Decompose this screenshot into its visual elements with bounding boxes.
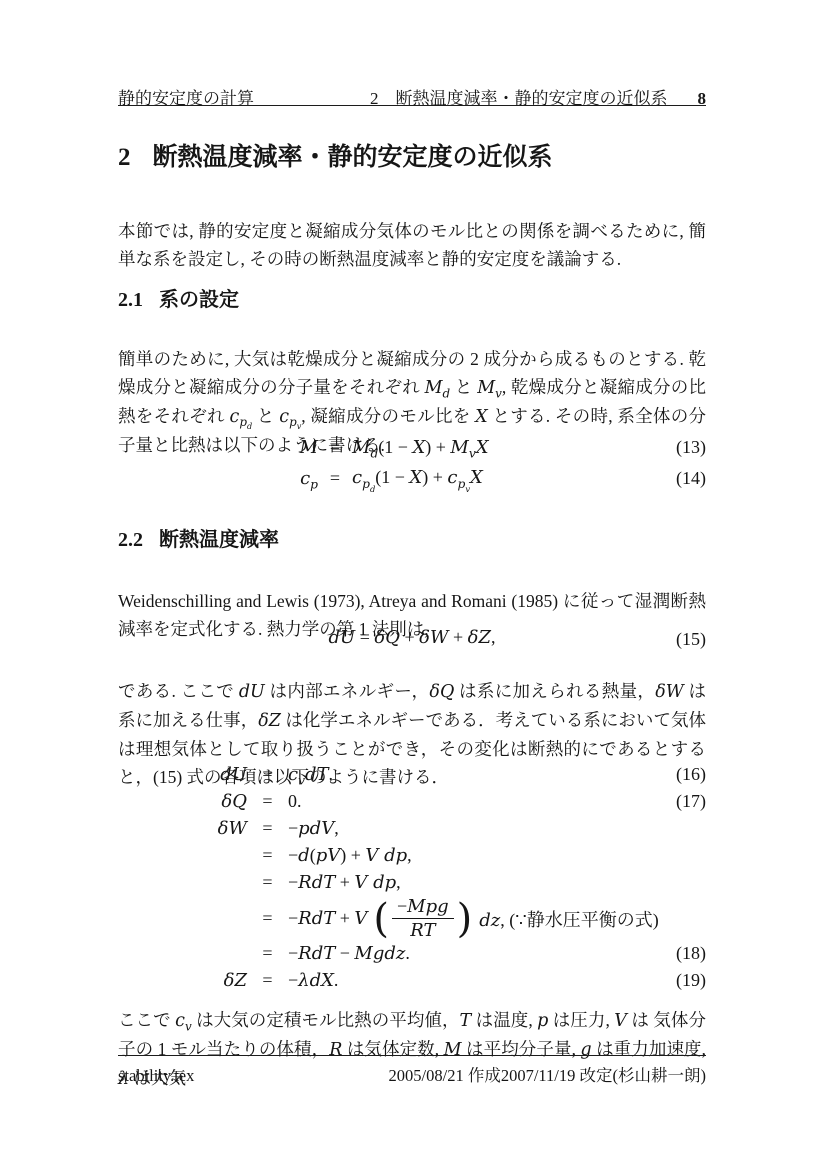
- equation-15: dU = δQ + δW + δZ, (15): [118, 627, 706, 657]
- header-page-number: 8: [698, 89, 707, 109]
- equals-sign: =: [247, 943, 288, 964]
- equation-rhs: −d(pV) + V dp,: [288, 845, 412, 866]
- equals-sign: =: [247, 872, 288, 893]
- equation-row-13: M = Md(1 − X) + MvX (13): [118, 432, 706, 463]
- equation-lhs: δQ: [118, 791, 247, 812]
- equals-sign: =: [247, 845, 288, 866]
- footer-rule: [118, 1055, 706, 1056]
- footer-filename: stability.tex: [118, 1066, 194, 1086]
- subsection-number: 2.1: [118, 289, 143, 311]
- equals-sign: =: [318, 437, 352, 458]
- equation-rhs: Md(1 − X) + MvX: [352, 437, 489, 458]
- equals-sign: =: [247, 818, 288, 839]
- equation-block-13-14: M = Md(1 − X) + MvX (13) cp = cpd(1 − X)…: [118, 432, 706, 494]
- subsection-title: 断熱温度減率: [159, 529, 279, 551]
- equation-row-18d: = −RdT + V ( −Mpg RT ) dz, (∵静水圧平衡の式): [118, 896, 706, 940]
- equation-rhs: 0.: [288, 791, 302, 812]
- equation-row-17: δQ = 0. (17): [118, 788, 706, 815]
- equals-sign: =: [247, 764, 288, 785]
- equation-rhs: −RdT + V dp,: [288, 872, 401, 893]
- subsection-number: 2.2: [118, 529, 143, 551]
- equation-lhs: dU: [118, 764, 247, 785]
- subsection-title: 系の設定: [159, 289, 239, 311]
- fraction: −Mpg RT: [392, 896, 454, 941]
- equation-number: (16): [333, 764, 706, 785]
- equation-number: (15): [676, 629, 706, 650]
- equation-number: (17): [302, 791, 707, 812]
- equation-row-18e: = −RdT − Mgdz. (18): [118, 940, 706, 967]
- fraction-numerator: −Mpg: [392, 896, 454, 918]
- section-heading: 2断熱温度減率・静的安定度の近似系: [118, 137, 706, 173]
- equation-rhs: −RdT + V ( −Mpg RT ) dz, (∵静水圧平衡の式): [288, 896, 659, 941]
- equation-number: (13): [489, 437, 706, 458]
- fraction-suffix: dz, (∵静水圧平衡の式): [479, 906, 658, 932]
- equation-block-16-19: dU = cvdT. (16) δQ = 0. (17) δW = −pdV, …: [118, 761, 706, 994]
- equals-sign: =: [247, 908, 288, 929]
- subsection-heading-21: 2.1系の設定: [118, 283, 706, 312]
- fraction-denominator: RT: [392, 918, 454, 941]
- equation-row-18b: = −d(pV) + V dp,: [118, 842, 706, 869]
- equation-lhs: δZ: [118, 970, 247, 991]
- footer-revision: 2005/08/21 作成2007/11/19 改定(杉山耕一朗): [389, 1062, 706, 1086]
- section-number: 2: [118, 144, 131, 171]
- equals-sign: =: [247, 791, 288, 812]
- equation-number: (18): [410, 943, 706, 964]
- left-paren: (: [373, 902, 389, 936]
- page-footer: stability.tex 2005/08/21 作成2007/11/19 改定…: [118, 1062, 706, 1086]
- equation-rhs: cvdT.: [288, 764, 333, 785]
- right-paren: ): [457, 902, 473, 936]
- equation-rhs: −RdT − Mgdz.: [288, 943, 410, 964]
- equation-rhs: −λdX.: [288, 970, 338, 991]
- paragraph-intro: 本節では, 静的安定度と凝縮成分気体のモル比との関係を調べるために, 簡単な系を…: [118, 217, 706, 273]
- equation-row-19: δZ = −λdX. (19): [118, 967, 706, 994]
- equation-lhs: cp: [118, 468, 318, 489]
- equation-lhs: M: [118, 437, 318, 458]
- equation-number: (19): [338, 970, 706, 991]
- section-title: 断熱温度減率・静的安定度の近似系: [153, 143, 553, 171]
- equation-number: (14): [483, 468, 706, 489]
- subsection-heading-22: 2.2断熱温度減率: [118, 523, 706, 552]
- equation-row-16: dU = cvdT. (16): [118, 761, 706, 788]
- equation-body: dU = δQ + δW + δZ,: [118, 627, 706, 648]
- equation-row-18a: δW = −pdV,: [118, 815, 706, 842]
- equals-sign: =: [247, 970, 288, 991]
- equation-lhs: δW: [118, 818, 247, 839]
- header-rule: [118, 105, 706, 106]
- equation-row-18c: = −RdT + V dp,: [118, 869, 706, 896]
- equation-row-14: cp = cpd(1 − X) + cpvX (14): [118, 463, 706, 494]
- equation-rhs: cpd(1 − X) + cpvX: [352, 467, 483, 489]
- equation-rhs: −pdV,: [288, 818, 339, 839]
- equals-sign: =: [318, 468, 352, 489]
- document-page: 静的安定度の計算 2 断熱温度減率・静的安定度の近似系 8 2断熱温度減率・静的…: [0, 0, 826, 1169]
- fraction-prefix: −RdT + V: [288, 908, 367, 929]
